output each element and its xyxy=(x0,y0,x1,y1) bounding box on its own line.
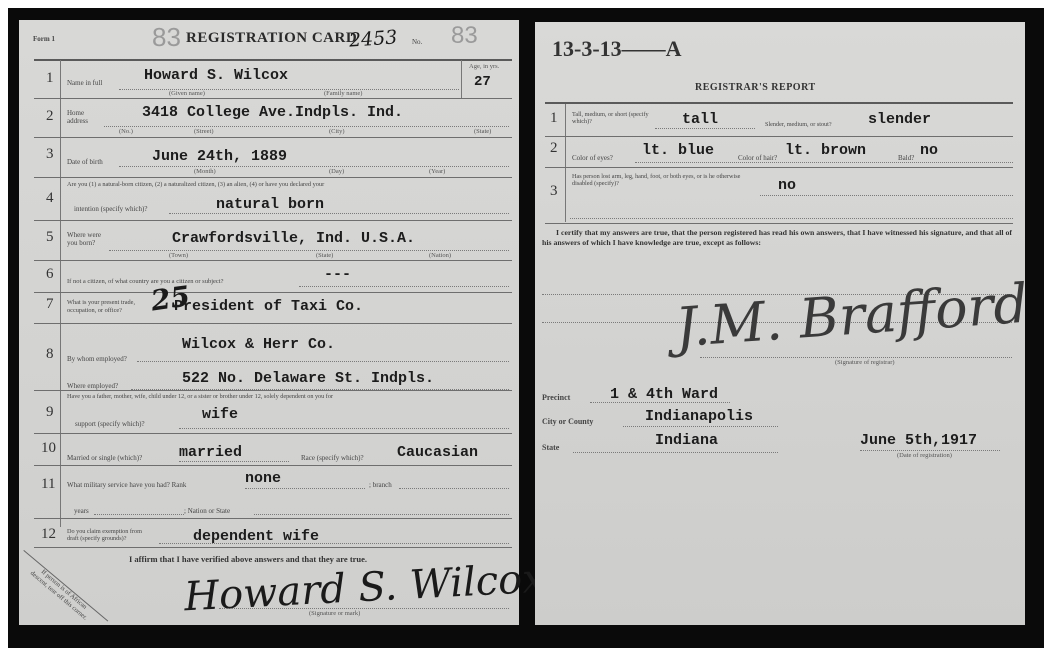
row-1-number: 1 xyxy=(46,70,54,87)
employer-label: By whom employed? xyxy=(67,355,127,363)
row-divider xyxy=(34,98,512,99)
given-name-caption: (Given name) xyxy=(169,90,205,97)
occupation-label: What is your present trade, occupation, … xyxy=(67,299,147,315)
hair-color-value: lt. brown xyxy=(785,142,866,159)
address-no-caption: (No.) xyxy=(119,128,133,135)
race-value: Caucasian xyxy=(397,444,478,461)
serial-number-handwritten: 2453 xyxy=(348,26,398,51)
military-years-label: years xyxy=(74,507,89,515)
military-rank-value: none xyxy=(245,470,281,487)
home-address-label: Home address xyxy=(67,109,97,125)
marital-line xyxy=(179,461,289,462)
row-12-number: 12 xyxy=(41,526,56,543)
state-label: State xyxy=(542,444,559,452)
home-address-value: 3418 College Ave.Indpls. Ind. xyxy=(142,104,403,121)
dob-month-caption: (Month) xyxy=(194,168,216,175)
registrar-signature-caption: (Signature of registrar) xyxy=(835,359,895,366)
row-divider xyxy=(34,323,512,324)
tear-off-corner-note: If person is of African descent, tear of… xyxy=(25,561,97,625)
row-divider xyxy=(34,465,512,466)
row-4-number: 4 xyxy=(46,190,54,207)
dependents-label: support (specify which)? xyxy=(75,420,145,428)
birthplace-value: Crawfordsville, Ind. U.S.A. xyxy=(172,230,415,247)
registrar-signature: J.M. Brafford xyxy=(673,272,1030,359)
height-value: tall xyxy=(682,111,718,128)
city-label: City or County xyxy=(542,418,593,426)
family-name-caption: (Family name) xyxy=(324,90,362,97)
dob-label: Date of birth xyxy=(67,158,103,166)
birthplace-state-caption: (State) xyxy=(316,252,333,259)
row-6-number: 6 xyxy=(46,266,54,283)
row-divider xyxy=(34,292,512,293)
birthplace-nation-caption: (Nation) xyxy=(429,252,451,259)
hair-color-label: Color of hair? xyxy=(738,154,777,162)
marital-status-label: Married or single (which)? xyxy=(67,454,142,462)
row-7-number: 7 xyxy=(46,296,54,313)
header-rule xyxy=(34,59,512,61)
birthplace-town-caption: (Town) xyxy=(169,252,188,259)
marital-status-value: married xyxy=(179,444,242,461)
height-label: Tall, medium, or short (specify which)? xyxy=(572,111,662,125)
disability-line xyxy=(760,195,1013,196)
registrars-report-card: 13-3-13——A REGISTRAR'S REPORT 1 Tall, me… xyxy=(535,22,1025,625)
registrar-signature-line xyxy=(700,357,1012,358)
row-divider xyxy=(545,136,1013,137)
occupation-value: President of Taxi Co. xyxy=(174,298,363,315)
dependents-value: wife xyxy=(202,406,238,423)
rank-line xyxy=(245,488,365,489)
row-9-number: 9 xyxy=(46,404,54,421)
card-title: REGISTRATION CARD xyxy=(186,30,357,47)
dependents-line xyxy=(179,428,509,429)
report-row-1-number: 1 xyxy=(550,110,558,127)
row-divider xyxy=(34,433,512,434)
military-branch-label: ; branch xyxy=(369,481,392,489)
row-divider xyxy=(34,518,512,519)
bald-label: Bald? xyxy=(898,154,914,162)
registrant-signature: Howard S. Wilcox xyxy=(183,556,546,621)
row-divider xyxy=(34,137,512,138)
dob-value: June 24th, 1889 xyxy=(152,148,287,165)
signature-line xyxy=(219,608,509,609)
exemption-value: dependent wife xyxy=(193,528,319,545)
row-divider xyxy=(34,390,512,391)
row-divider xyxy=(34,220,512,221)
exemption-label: Do you claim exemption from draft (speci… xyxy=(67,528,147,542)
report-title: REGISTRAR'S REPORT xyxy=(695,82,816,93)
row-divider xyxy=(545,223,1013,224)
address-line xyxy=(104,126,509,127)
precinct-label: Precinct xyxy=(542,394,570,402)
nationality-value: --- xyxy=(324,266,351,283)
report-row-2-number: 2 xyxy=(550,140,558,157)
bald-value: no xyxy=(920,142,938,159)
eye-color-value: lt. blue xyxy=(642,142,714,159)
build-label: Slender, medium, or stout? xyxy=(765,121,832,129)
eye-color-label: Color of eyes? xyxy=(572,154,613,162)
registration-date-caption: (Date of registration) xyxy=(897,452,952,459)
age-column-rule xyxy=(461,60,462,98)
citizenship-value: natural born xyxy=(216,196,324,213)
citizenship-question: Are you (1) a natural-born citizen, (2) … xyxy=(67,181,324,189)
registration-date: June 5th,1917 xyxy=(860,432,977,449)
precinct-value: 1 & 4th Ward xyxy=(610,386,718,403)
address-city-caption: (City) xyxy=(329,128,345,135)
state-line xyxy=(573,452,778,453)
birthplace-label: Where were you born? xyxy=(67,231,105,247)
name-label: Name in full xyxy=(67,79,102,87)
pencil-number-left: 83 xyxy=(152,22,181,53)
row-divider xyxy=(34,260,512,261)
state-value: Indiana xyxy=(655,432,718,449)
registration-card: Form 1 83 REGISTRATION CARD 2453 No. 83 … xyxy=(19,20,519,625)
dependents-question: Have you a father, mother, wife, child u… xyxy=(67,393,333,401)
address-street-caption: (Street) xyxy=(194,128,214,135)
build-value: slender xyxy=(868,111,931,128)
years-line xyxy=(94,514,184,515)
row-5-number: 5 xyxy=(46,229,54,246)
nationality-label: If not a citizen, of what country are yo… xyxy=(67,278,223,286)
row-divider xyxy=(34,177,512,178)
extra-line xyxy=(570,218,1013,219)
pencil-number-right: 83 xyxy=(451,22,478,50)
eye-hair-line xyxy=(635,162,1013,163)
date-line xyxy=(860,450,1000,451)
number-column-rule xyxy=(60,60,61,527)
citizenship-line xyxy=(169,213,509,214)
branch-line xyxy=(399,488,509,489)
row-2-number: 2 xyxy=(46,108,54,125)
employer-value: Wilcox & Herr Co. xyxy=(182,336,335,353)
row-divider xyxy=(545,167,1013,168)
disability-label: Has person lost arm, leg, hand, foot, or… xyxy=(572,173,757,187)
birthplace-line xyxy=(109,250,509,251)
city-value: Indianapolis xyxy=(645,408,753,425)
dob-line xyxy=(119,166,509,167)
employment-place-label: Where employed? xyxy=(67,382,118,390)
row-divider xyxy=(34,547,512,548)
number-column-rule xyxy=(565,104,566,222)
employment-place-value: 522 No. Delaware St. Indpls. xyxy=(182,370,434,387)
row-8-number: 8 xyxy=(46,346,54,363)
military-nation-label: ; Nation or State xyxy=(184,507,230,515)
employer-line xyxy=(137,361,509,362)
city-line xyxy=(623,426,778,427)
address-state-caption: (State) xyxy=(474,128,491,135)
nationality-line xyxy=(299,286,509,287)
row-3-number: 3 xyxy=(46,146,54,163)
race-label: Race (specify which)? xyxy=(301,454,364,462)
age-label: Age, in yrs. xyxy=(469,63,499,70)
certification-text: I certify that my answers are true, that… xyxy=(542,228,1012,248)
disability-value: no xyxy=(778,177,796,194)
no-label: No. xyxy=(412,38,422,46)
age-value: 27 xyxy=(474,74,491,90)
form-label: Form 1 xyxy=(33,35,55,43)
signature-caption: (Signature or mark) xyxy=(309,610,360,617)
height-line xyxy=(655,128,755,129)
nation-line xyxy=(254,514,509,515)
header-rule xyxy=(545,102,1013,104)
military-rank-label: What military service have you had? Rank xyxy=(67,481,186,489)
report-row-3-number: 3 xyxy=(550,183,558,200)
dob-day-caption: (Day) xyxy=(329,168,344,175)
citizenship-label: intention (specify which)? xyxy=(74,205,147,213)
affirmation-text: I affirm that I have verified above answ… xyxy=(129,554,367,564)
row-10-number: 10 xyxy=(41,440,56,457)
report-code: 13-3-13——A xyxy=(552,36,682,62)
dob-year-caption: (Year) xyxy=(429,168,445,175)
row-11-number: 11 xyxy=(41,476,55,493)
name-value: Howard S. Wilcox xyxy=(144,67,288,84)
